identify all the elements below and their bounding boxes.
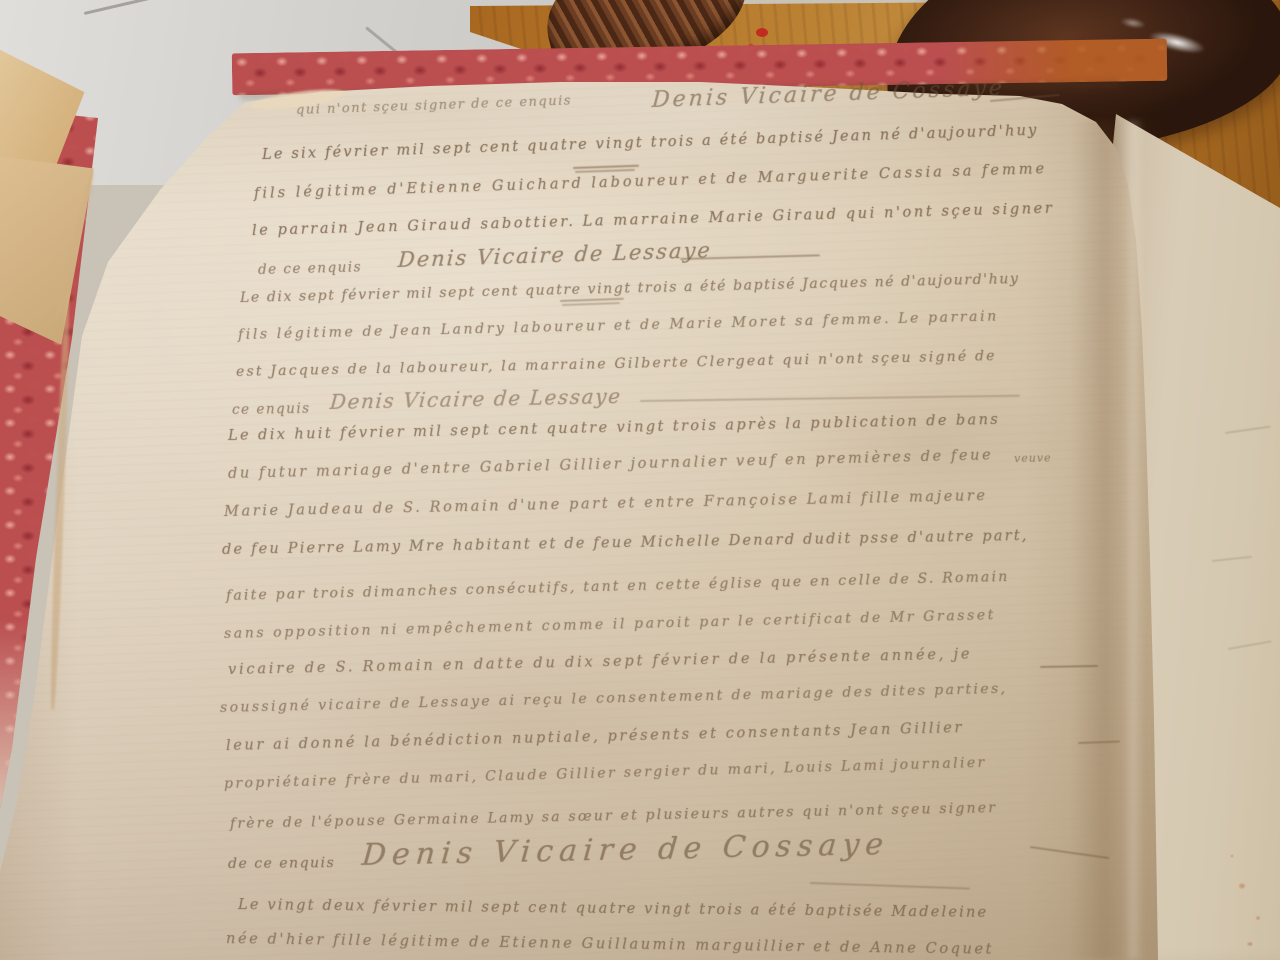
manuscript-line: ce enquis [232,401,311,418]
manuscript-line: le parrain Jean Giraud sabottier. La mar… [252,201,1055,239]
manuscript-line: de ce enquis [228,855,335,872]
manuscript-line: vicaire de S. Romain en datte du dix sep… [228,646,973,678]
manuscript-line: qui n'ont sçeu signer de ce enquis [296,93,572,118]
manuscript-line: soussigné vicaire de Lessaye ai reçu le … [220,681,1008,716]
ink-stroke [575,169,635,173]
manuscript-heading: Denis Vicaire de Cossaye [651,76,1006,113]
manuscript-line: sans opposition ni empêchement comme il … [224,607,996,642]
manuscript-line: née d'hier fille légitime de Etienne Gui… [226,931,994,958]
manuscript-line: fils légitime de Jean Landry laboureur e… [238,308,999,343]
manuscript-line: est Jacques de la laboureur, la marraine… [236,348,997,380]
ink-stroke [810,882,970,890]
manuscript-line: propriétaire frère du mari, Claude Gilli… [224,755,987,792]
manuscript-line: fils légitime d'Etienne Guichard laboure… [254,161,1048,202]
ink-stroke [1225,426,1271,434]
ink-stroke [1078,741,1120,744]
ink-stroke [1212,556,1252,562]
manuscript-line: veuve [1014,451,1052,465]
manuscript-line: Le six février mil sept cent quatre ving… [262,123,1039,163]
ink-stroke [1040,665,1098,668]
manuscript-line: de ce enquis [258,259,362,278]
manuscript-heading: Denis Vicaire de Lessaye [397,238,713,272]
manuscript-line: Le vingt deux février mil sept cent quat… [238,897,988,921]
ink-stroke [562,302,620,306]
ink-stroke [640,395,1020,402]
ink-stroke [1030,846,1109,859]
manuscript-heading: Denis Vicaire de Cossaye [361,827,891,873]
manuscript-heading: Denis Vicaire de Lessaye [329,384,623,414]
manuscript-line: faite par trois dimanches consécutifs, t… [226,569,1010,604]
ink-stroke [1228,640,1272,650]
manuscript-line: Marie Jaudeau de S. Romain d'une part et… [224,488,988,520]
manuscript-line: Le dix huit février mil sept cent quatre… [228,412,1000,444]
manuscript-line: leur ai donné la bénédiction nuptiale, p… [226,720,964,754]
manuscript-line: de feu Pierre Lamy Mre habitant et de fe… [222,528,1029,558]
manuscript-line: du futur mariage d'entre Gabriel Gillier… [228,447,994,482]
manuscript-line: Le dix sept février mil sept cent quatre… [240,271,1020,306]
manuscript-text-layer: qui n'ont sçeu signer de ce enquisDenis … [0,0,1280,960]
